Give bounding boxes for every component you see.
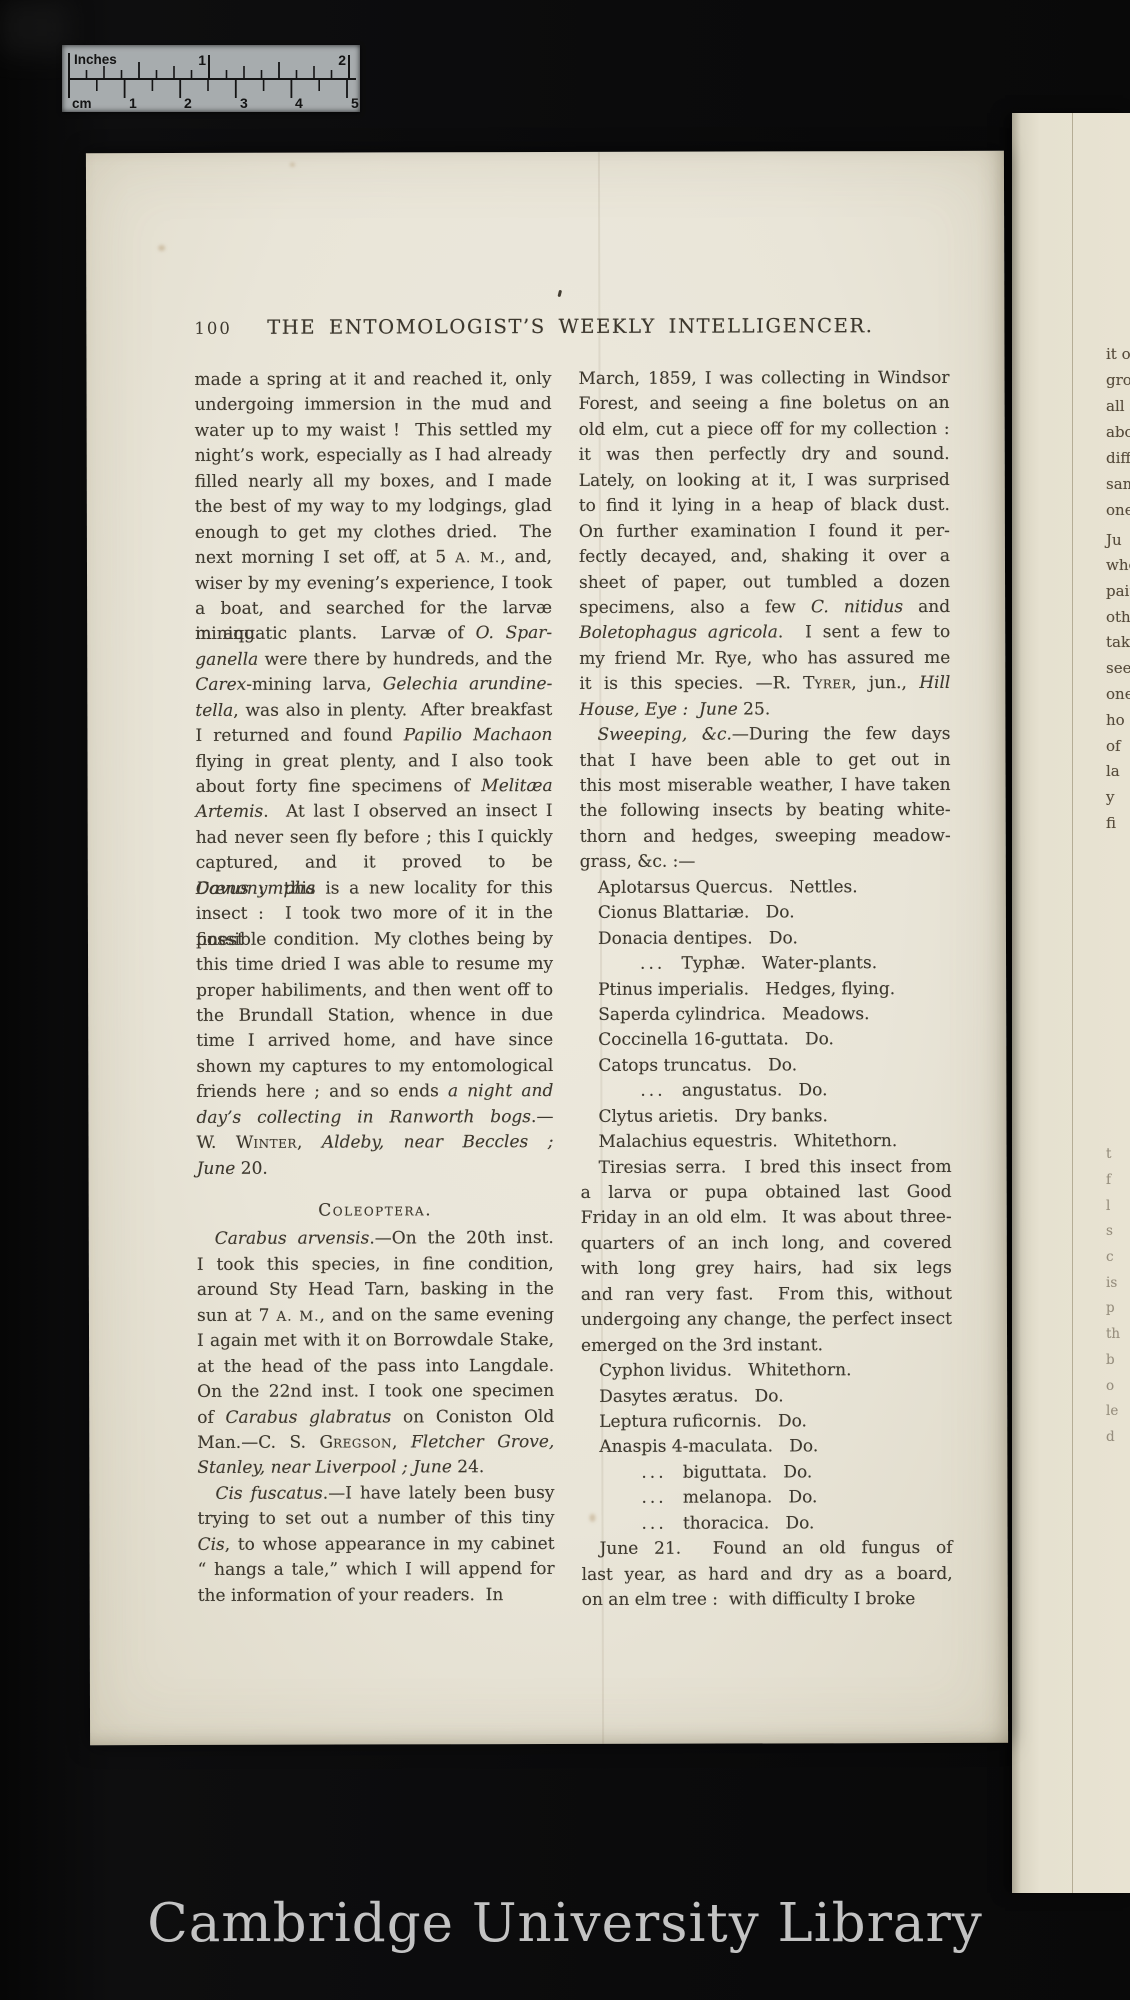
text-line: thorn and hedges, sweeping meadow- xyxy=(580,824,951,850)
text-line: the following insects by beating white- xyxy=(580,798,951,824)
left-column: made a spring at it and reached it, only… xyxy=(194,367,554,1609)
ruler-cm-3: 3 xyxy=(240,95,248,111)
text-line: undergoing any change, the perfect insec… xyxy=(581,1307,952,1333)
text-line: Ptinus imperialis. Hedges, flying. xyxy=(580,976,951,1002)
text-line: Anaspis 4-maculata. Do. xyxy=(581,1434,952,1460)
text-line: tella, was also in plenty. After breakfa… xyxy=(195,698,552,724)
text-line: possible condition. My clothes being by xyxy=(196,927,553,953)
text-line: in aquatic plants. Larvæ of O. Spar- xyxy=(195,621,552,647)
text-line: Davus : this is a new locality for this xyxy=(196,876,553,902)
page-number: 100 xyxy=(194,319,232,338)
text-line: this time dried I was able to resume my xyxy=(196,952,553,978)
text-line: Coleoptera. xyxy=(197,1181,554,1227)
text-line: my friend Mr. Rye, who has assured me xyxy=(579,646,950,672)
text-line: shown my captures to my entomological xyxy=(196,1054,553,1080)
text-line: On further examination I found it per- xyxy=(579,519,950,545)
text-line: filled nearly all my boxes, and I made xyxy=(195,469,552,495)
text-line: had never seen fly before ; this I quick… xyxy=(196,825,553,851)
text-line: sheet of paper, out tumbled a dozen xyxy=(579,569,950,595)
text-line: Coccinella 16-guttata. Do. xyxy=(580,1027,951,1053)
text-line: insect : I took two more of it in the fi… xyxy=(196,901,553,927)
text-line: the Brundall Station, whence in due xyxy=(196,1003,553,1029)
ruler-inch-1: 1 xyxy=(198,52,206,68)
text-line: night’s work, especially as I had alread… xyxy=(195,443,552,469)
text-line: ganella were there by hundreds, and the xyxy=(195,647,552,673)
text-line: Clytus arietis. Dry banks. xyxy=(580,1104,951,1130)
ruler-graphic: Inches 1 2 cm 1 2 3 4 5 xyxy=(62,45,360,112)
text-line: specimens, also a few C. nitidus and xyxy=(579,595,950,621)
text-line: at the head of the pass into Langdale. xyxy=(197,1354,554,1380)
text-line: time I arrived home, and have since xyxy=(196,1028,553,1054)
text-line: Forest, and seeing a fine boletus on an xyxy=(579,391,950,417)
scanned-page: 100 THE ENTOMOLOGIST’S WEEKLY INTELLIGEN… xyxy=(86,151,1008,1745)
text-line: Stanley, near Liverpool ; June 24. xyxy=(197,1455,554,1481)
text-line: trying to set out a number of this tiny xyxy=(197,1506,554,1532)
scanned-book-photograph: Inches 1 2 cm 1 2 3 4 5 100 THE ENTOMOLO… xyxy=(0,0,1130,2000)
text-line: it was then perfectly dry and sound. xyxy=(579,442,950,468)
text-line: Cis fuscatus.—I have lately been busy xyxy=(197,1481,554,1507)
text-line: captured, and it proved to be Cœnonympha xyxy=(196,850,553,876)
text-line: Cyphon lividus. Whitethorn. xyxy=(581,1358,952,1384)
text-line: fectly decayed, and, shaking it over a xyxy=(579,544,950,570)
text-line: undergoing immersion in the mud and xyxy=(195,392,552,418)
background-cloth-sheen xyxy=(0,0,70,55)
text-line: around Sty Head Tarn, basking in the xyxy=(197,1277,554,1303)
text-line: a boat, and searched for the larvæ minin… xyxy=(195,596,552,622)
text-line: Catops truncatus. Do. xyxy=(580,1053,951,1079)
text-line: House, Eye : June 25. xyxy=(579,697,950,723)
text-line: Boletophagus agricola. I sent a few to xyxy=(579,620,950,646)
ruler-cm-4: 4 xyxy=(295,95,303,111)
measurement-ruler: Inches 1 2 cm 1 2 3 4 5 xyxy=(62,45,360,112)
ruler-inch-2: 2 xyxy=(338,52,346,68)
text-line: On the 22nd inst. I took one specimen xyxy=(197,1379,554,1405)
text-line: June 20. xyxy=(197,1156,554,1182)
text-line: ... Typhæ. Water-plants. xyxy=(580,951,951,977)
text-line: proper habiliments, and then went off to xyxy=(196,977,553,1003)
text-line: the information of your readers. In xyxy=(198,1583,555,1609)
text-line: it is this species. —R. Tyrer, jun., Hil… xyxy=(579,671,950,697)
text-line: Carabus arvensis.—On the 20th inst. xyxy=(197,1226,554,1252)
text-line: to find it lying in a heap of black dust… xyxy=(579,493,950,519)
text-line: ... melanopa. Do. xyxy=(581,1485,952,1511)
text-line: Tiresias serra. I bred this insect from xyxy=(581,1155,952,1181)
text-line: Malachius equestris. Whitethorn. xyxy=(580,1129,951,1155)
page-header: 100 THE ENTOMOLOGIST’S WEEKLY INTELLIGEN… xyxy=(194,314,946,342)
leaf-edge-line xyxy=(1072,113,1073,1893)
ruler-cm-5: 5 xyxy=(351,95,359,111)
text-line: on an elm tree : with difficulty I broke xyxy=(582,1587,953,1613)
text-line: Friday in an old elm. It was about three… xyxy=(581,1205,952,1231)
text-line: quarters of an inch long, and covered xyxy=(581,1231,952,1257)
right-column: March, 1859, I was collecting in Windsor… xyxy=(578,366,952,1613)
text-line: W. Winter, Aldeby, near Beccles ; xyxy=(196,1130,553,1156)
text-line: day’s collecting in Ranworth bogs.— xyxy=(196,1105,553,1131)
text-line: Carex-mining larva, Gelechia arundine- xyxy=(195,672,552,698)
stray-ink-mark xyxy=(557,290,562,298)
text-line: Artemis. At last I observed an insect I xyxy=(196,799,553,825)
text-line: about forty fine specimens of Melitæa xyxy=(196,774,553,800)
text-line: Dasytes æratus. Do. xyxy=(581,1383,952,1409)
text-line: and ran very fast. From this, without xyxy=(581,1282,952,1308)
text-line: Lately, on looking at it, I was surprise… xyxy=(579,468,950,494)
text-line: a larva or pupa obtained last Good xyxy=(581,1180,952,1206)
text-line: Saperda cylindrica. Meadows. xyxy=(580,1002,951,1028)
text-line: ... biguttata. Do. xyxy=(581,1460,952,1486)
text-line: Aplotarsus Quercus. Nettles. xyxy=(580,875,951,901)
library-watermark: Cambridge University Library xyxy=(0,1893,1130,1954)
text-line: with long grey hairs, had six legs xyxy=(581,1256,952,1282)
text-line: I returned and found Papilio Machaon xyxy=(195,723,552,749)
text-line: old elm, cut a piece off for my collecti… xyxy=(579,417,950,443)
text-line: ... angustatus. Do. xyxy=(580,1078,951,1104)
text-line: June 21. Found an old fungus of xyxy=(582,1536,953,1562)
text-line: March, 1859, I was collecting in Windsor xyxy=(578,366,949,392)
text-line: the best of my way to my lodgings, glad xyxy=(195,494,552,520)
paper-stain xyxy=(290,163,295,167)
journal-title: THE ENTOMOLOGIST’S WEEKLY INTELLIGENCER. xyxy=(194,314,946,339)
ruler-cm-2: 2 xyxy=(184,95,192,111)
ruler-cm-label: cm xyxy=(72,96,92,111)
text-line: sun at 7 A. M., and on the same evening xyxy=(197,1303,554,1329)
text-line: Sweeping, &c.—During the few days xyxy=(579,722,950,748)
text-line: Cionus Blattariæ. Do. xyxy=(580,900,951,926)
ruler-cm-1: 1 xyxy=(129,95,137,111)
text-line: Donacia dentipes. Do. xyxy=(580,926,951,952)
text-line: enough to get my clothes dried. The xyxy=(195,520,552,546)
text-line: of Carabus glabratus on Coniston Old xyxy=(197,1404,554,1430)
text-line: flying in great plenty, and I also took xyxy=(195,749,552,775)
text-line: grass, &c. :— xyxy=(580,849,951,875)
text-line: made a spring at it and reached it, only xyxy=(194,367,551,393)
text-line: next morning I set off, at 5 A. M., and, xyxy=(195,545,552,571)
text-line: Leptura ruficornis. Do. xyxy=(581,1409,952,1435)
adjacent-page-edge xyxy=(1012,113,1130,1893)
ruler-inches-label: Inches xyxy=(74,52,117,67)
text-line: water up to my waist ! This settled my xyxy=(195,418,552,444)
text-line: ... thoracica. Do. xyxy=(581,1511,952,1537)
paper-stain xyxy=(158,245,165,251)
text-line: friends here ; and so ends a night and xyxy=(196,1079,553,1105)
text-line: Man.—C. S. Gregson, Fletcher Grove, xyxy=(197,1430,554,1456)
text-line: that I have been able to get out in xyxy=(579,748,950,774)
text-line: last year, as hard and dry as a board, xyxy=(582,1562,953,1588)
text-line: Cis, to whose appearance in my cabinet xyxy=(198,1532,555,1558)
text-line: wiser by my evening’s experience, I took xyxy=(195,570,552,596)
text-line: I again met with it on Borrowdale Stake, xyxy=(197,1328,554,1354)
text-line: “ hangs a tale,” which I will append for xyxy=(198,1557,555,1583)
text-line: I took this species, in fine condition, xyxy=(197,1252,554,1278)
text-line: this most miserable weather, I have take… xyxy=(580,773,951,799)
text-line: emerged on the 3rd instant. xyxy=(581,1333,952,1359)
